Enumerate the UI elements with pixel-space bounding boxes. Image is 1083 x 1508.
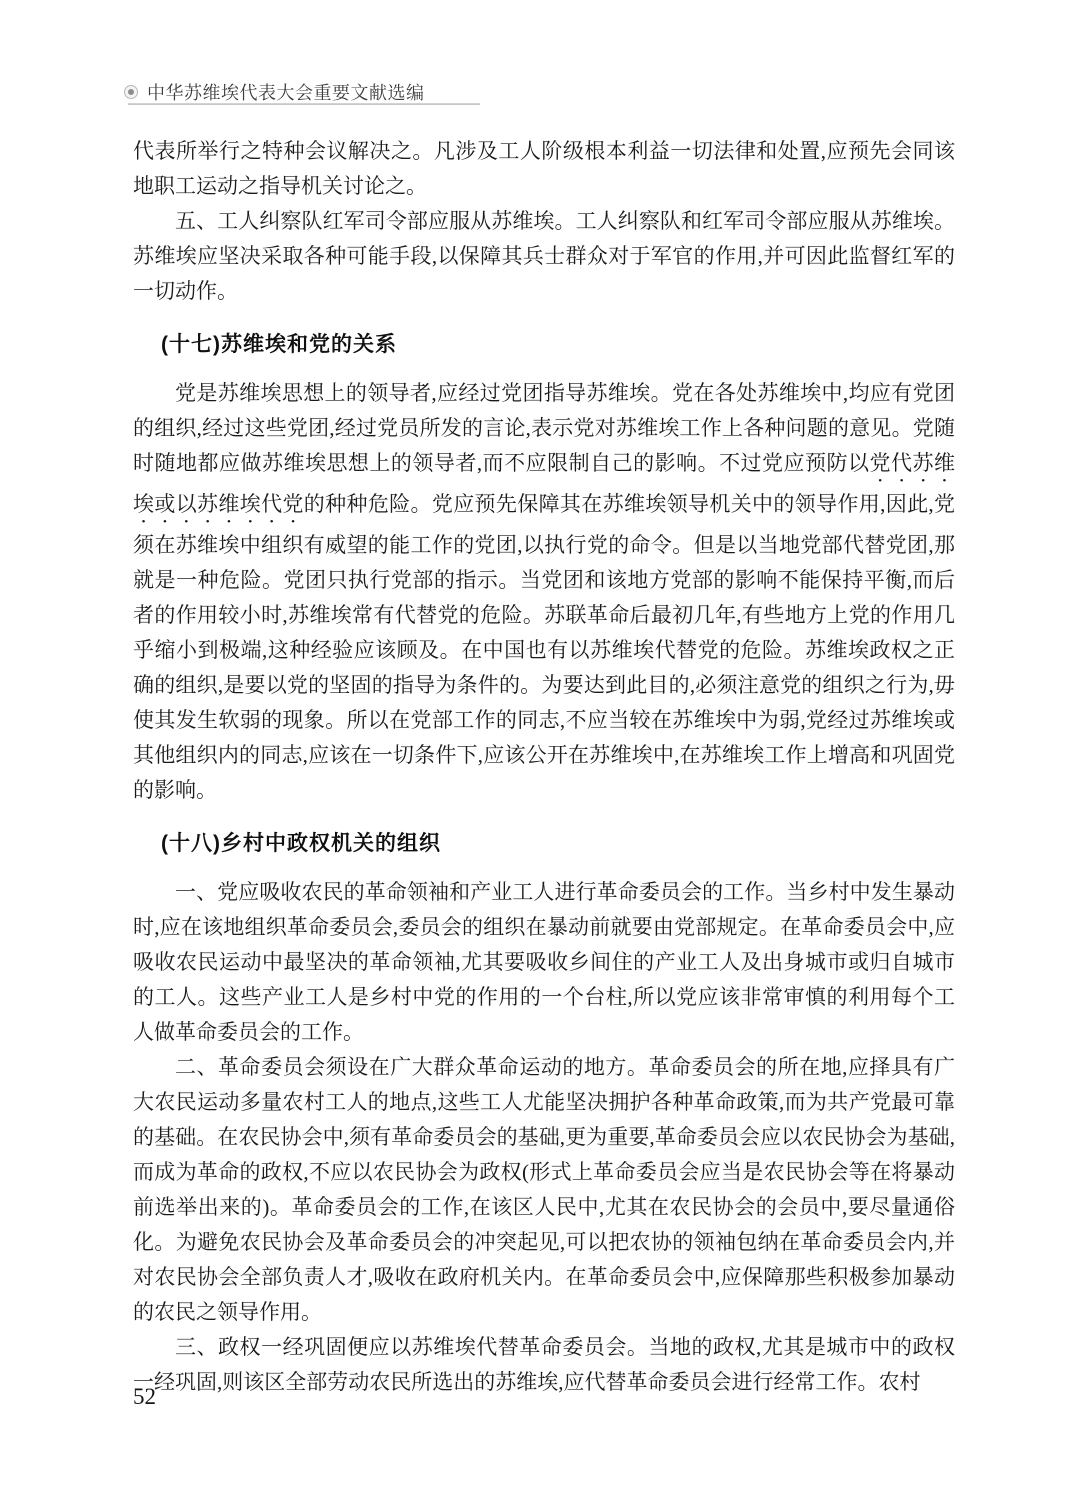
document-body: 代表所举行之特种会议解决之。凡涉及工人阶级根本利益一切法律和处置,应预先会同该地… — [133, 134, 955, 1400]
page-number: 52 — [133, 1384, 156, 1410]
section17-text-after-emphasis: 的种种危险。党应预先保障其在苏维埃领导机关中的领导作用,因此,党须在苏维埃中组织… — [133, 492, 955, 802]
running-header: 中华苏维埃代表大会重要文献选编 — [124, 80, 425, 104]
section-heading-17: (十七)苏维埃和党的关系 — [133, 327, 955, 362]
paragraph-item-one: 一、党应吸收农民的革命领袖和产业工人进行革命委员会的工作。当乡村中发生暴动时,应… — [133, 875, 955, 1050]
header-underline — [128, 103, 480, 105]
paragraph-continuation: 代表所举行之特种会议解决之。凡涉及工人阶级根本利益一切法律和处置,应预先会同该地… — [133, 134, 955, 204]
book-title: 中华苏维埃代表大会重要文献选编 — [147, 79, 425, 105]
paragraph-item-three: 三、政权一经巩固便应以苏维埃代替革命委员会。当地的政权,尤其是城市中的政权一经巩… — [133, 1330, 955, 1400]
document-page: 中华苏维埃代表大会重要文献选编 代表所举行之特种会议解决之。凡涉及工人阶级根本利… — [0, 0, 1083, 1508]
section-heading-18: (十八)乡村中政权机关的组织 — [133, 826, 955, 861]
paragraph-item-five: 五、工人纠察队红军司令部应服从苏维埃。工人纠察队和红军司令部应服从苏维埃。苏维埃… — [133, 204, 955, 309]
paragraph-item-two: 二、革命委员会须设在广大群众革命运动的地方。革命委员会的所在地,应择具有广大农民… — [133, 1050, 955, 1330]
section17-text-before-emphasis: 党是苏维埃思想上的领导者,应经过党团指导苏维埃。党在各处苏维埃中,均应有党团的组… — [133, 381, 955, 475]
circle-dot-icon — [124, 85, 138, 99]
circle-dot-icon-inner — [128, 89, 134, 95]
paragraph-section-17: 党是苏维埃思想上的领导者,应经过党团指导苏维埃。党在各处苏维埃中,均应有党团的组… — [133, 376, 955, 808]
